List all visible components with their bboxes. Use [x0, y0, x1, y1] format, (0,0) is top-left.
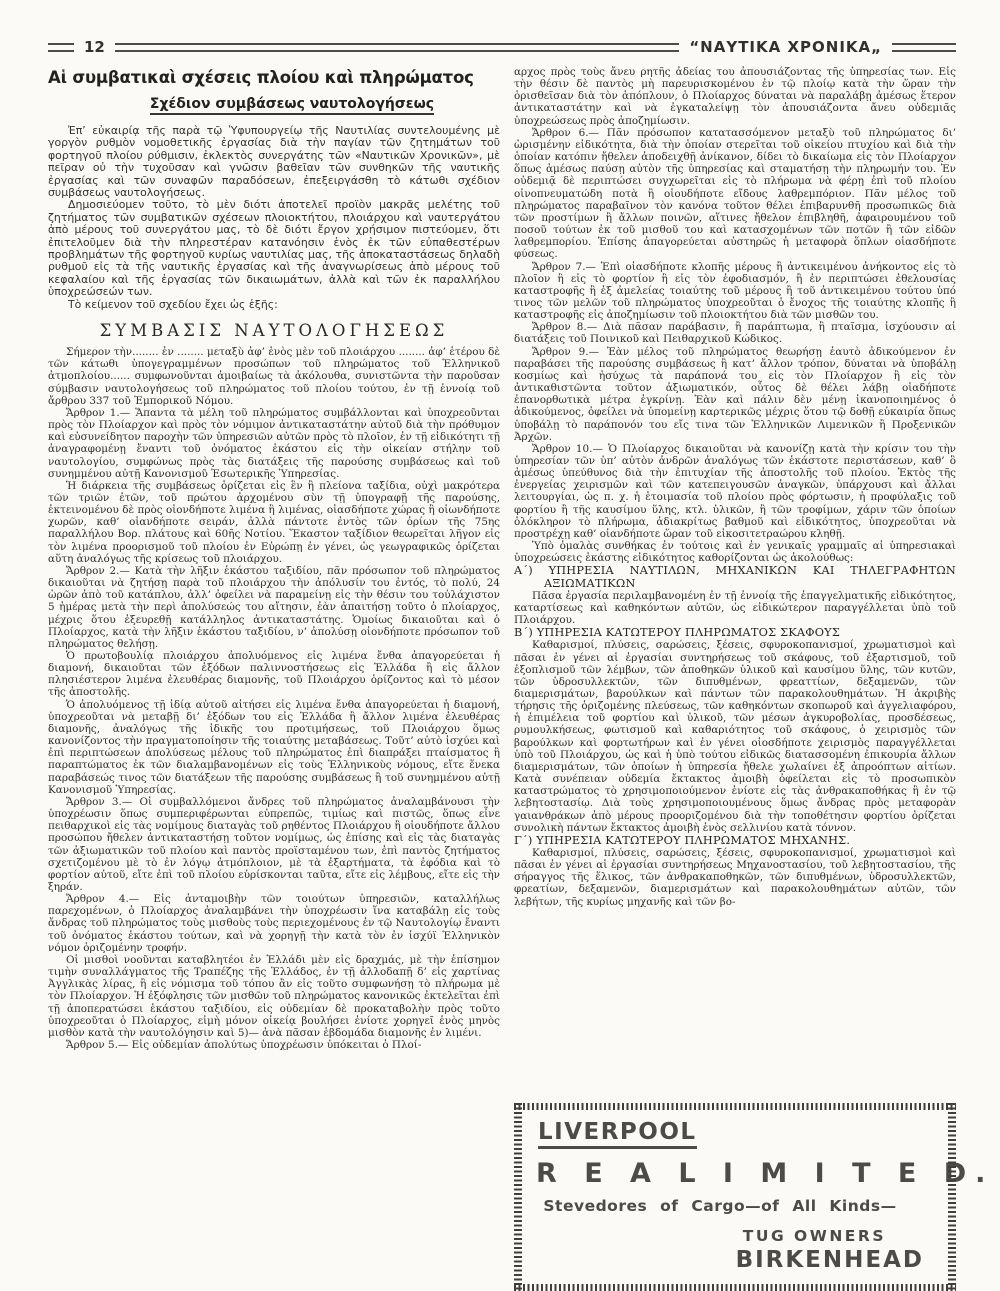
page-header: 12 “ΝΑΥΤΙΚΑ ΧΡΟΝΙΚΑ„ [48, 36, 956, 58]
paragraph: Ὁ ἀπολυόμενος τῇ ἰδίᾳ αὐτοῦ αἰτήσει εἰς … [48, 699, 500, 796]
contract-text-left: Σήμερον τὴν........ ἐν ........ μεταξὺ ἀ… [48, 346, 500, 1051]
article-subtitle: Σχέδιον συμβάσεως ναυτολογήσεως [150, 96, 434, 115]
service-subheading: Α΄) ΥΠΗΡΕΣΙΑ ΝΑΥΤΙΛΩΝ, ΜΗΧΑΝΙΚΩΝ ΚΑΙ ΤΗΛ… [514, 565, 956, 589]
two-column-layout: Αἱ συμβατικαὶ σχέσεις πλοίου καὶ πληρώμα… [48, 66, 956, 1291]
paragraph: Ὑπὸ ὁμαλὰς συνθήκας ἐν τούτοις καὶ ἐν γε… [514, 540, 956, 564]
ad-city: LIVERPOOL [538, 1119, 697, 1149]
paragraph: Οἱ μισθοὶ νοοῦνται καταβλητέοι ἐν Ἑλλάδι… [48, 954, 500, 1039]
paragraph: Σήμερον τὴν........ ἐν ........ μεταξὺ ἀ… [48, 346, 500, 407]
paragraph: Ἐπ’ εὐκαιρίᾳ τῆς παρὰ τῷ Ὑφυπουργείῳ τῆς… [48, 125, 500, 199]
paragraph: Δημοσιεύομεν τοῦτο, τὸ μὲν διότι ἀποτελε… [48, 199, 500, 298]
paragraph: Ἄρθρον 2.— Κατὰ τὴν λῆξιν ἑκάστου ταξιδί… [48, 565, 500, 650]
paragraph: Ἄρθρον 1.— Ἅπαντα τὰ μέλη τοῦ πληρώματος… [48, 407, 500, 480]
paragraph: Ἡ διάρκεια τῆς συμβάσεως ὁρίζεται εἰς ἓν… [48, 480, 500, 565]
ad-role: TUG OWNERS [536, 1227, 934, 1245]
magazine-page: 12 “ΝΑΥΤΙΚΑ ΧΡΟΝΙΚΑ„ Αἱ συμβατικαὶ σχέσε… [0, 0, 1000, 1291]
magazine-title: “ΝΑΥΤΙΚΑ ΧΡΟΝΙΚΑ„ [689, 38, 882, 56]
paragraph: Ἄρθρον 7.— Ἐπὶ οἱασδήποτε κλοπῆς μέρους … [514, 261, 956, 322]
right-column: αρχος πρὸς τοὺς ἄνευ ρητῆς ἀδείας του ἀπ… [514, 66, 956, 1291]
ad-location: BIRKENHEAD [536, 1247, 934, 1273]
ad-border-bottom [514, 1284, 956, 1291]
paragraph: αρχος πρὸς τοὺς ἄνευ ρητῆς ἀδείας του ἀπ… [514, 66, 956, 127]
intro-paragraphs: Ἐπ’ εὐκαιρίᾳ τῆς παρὰ τῷ Ὑφυπουργείῳ τῆς… [48, 125, 500, 311]
page-number: 12 [84, 38, 105, 56]
paragraph: Καθαρισμοί, πλύσεις, σαρώσεις, ξέσεις, σ… [514, 847, 956, 908]
paragraph: Ἄρθρον 9.— Ἐὰν μέλος τοῦ πληρώματος θεωρ… [514, 346, 956, 443]
left-column: Αἱ συμβατικαὶ σχέσεις πλοίου καὶ πληρώμα… [48, 66, 500, 1291]
paragraph: Πᾶσα ἐργασία περιλαμβανομένη ἐν τῇ ἐννοί… [514, 590, 956, 626]
paragraph: Τὸ κείμενον τοῦ σχεδίου ἔχει ὡς ἑξῆς: [48, 299, 500, 311]
ad-border-right [948, 1103, 956, 1291]
contract-section-heading: ΣΥΜΒΑΣΙΣ ΝΑΥΤΟΛΟΓΗΣΕΩΣ [48, 321, 500, 340]
contract-text-right: αρχος πρὸς τοὺς ἄνευ ρητῆς ἀδείας του ἀπ… [514, 66, 956, 908]
paragraph: Ἄρθρον 8.— Διὰ πᾶσαν παράβασιν, ἢ παράπτ… [514, 321, 956, 345]
ad-border-left [514, 1103, 522, 1291]
paragraph: Καθαρισμοί, πλύσεις, σαρώσεις, ξέσεις, σ… [514, 639, 956, 834]
article-title: Αἱ συμβατικαὶ σχέσεις πλοίου καὶ πληρώμα… [48, 68, 500, 87]
rea-limited-advertisement: LIVERPOOL R E A L I M I T E D. Stevedore… [514, 1103, 956, 1291]
service-subheading: Β΄) ΥΠΗΡΕΣΙΑ ΚΑΤΩΤΕΡΟΥ ΠΛΗΡΩΜΑΤΟΣ ΣΚΑΦΟΥ… [514, 627, 956, 639]
ad-company-name: R E A L I M I T E D. [536, 1158, 934, 1189]
ad-border-top [514, 1103, 956, 1110]
header-rule-right [892, 43, 956, 52]
paragraph: Ὁ πρωτοβουλίᾳ πλοιάρχου ἀπολυόμενος εἰς … [48, 650, 500, 699]
service-subheading: Γ΄) ΥΠΗΡΕΣΙΑ ΚΑΤΩΤΕΡΟΥ ΠΛΗΡΩΜΑΤΟΣ ΜΗΧΑΝΗ… [514, 835, 956, 847]
header-rule-left [48, 43, 74, 52]
paragraph: Ἄρθρον 6.— Πᾶν πρόσωπον κατατασσόμενον μ… [514, 127, 956, 261]
header-rule-middle [115, 43, 679, 52]
paragraph: Ἄρθρον 3.— Οἱ συμβαλλόμενοι ἄνδρες τοῦ π… [48, 796, 500, 893]
paragraph: Ἄρθρον 4.— Εἰς ἀνταμοιβὴν τῶν τοιούτων ὑ… [48, 893, 500, 954]
article-subtitle-wrap: Σχέδιον συμβάσεως ναυτολογήσεως [84, 93, 500, 115]
ad-tagline: Stevedores of Cargo—of All Kinds— [536, 1197, 934, 1215]
paragraph: Ἄρθρον 10.— Ὁ Πλοίαρχος δικαιοῦται νὰ κα… [514, 443, 956, 540]
paragraph: Ἄρθρον 5.— Εἰς οὐδεμίαν ἀπολύτως ὑποχρέω… [48, 1039, 500, 1051]
